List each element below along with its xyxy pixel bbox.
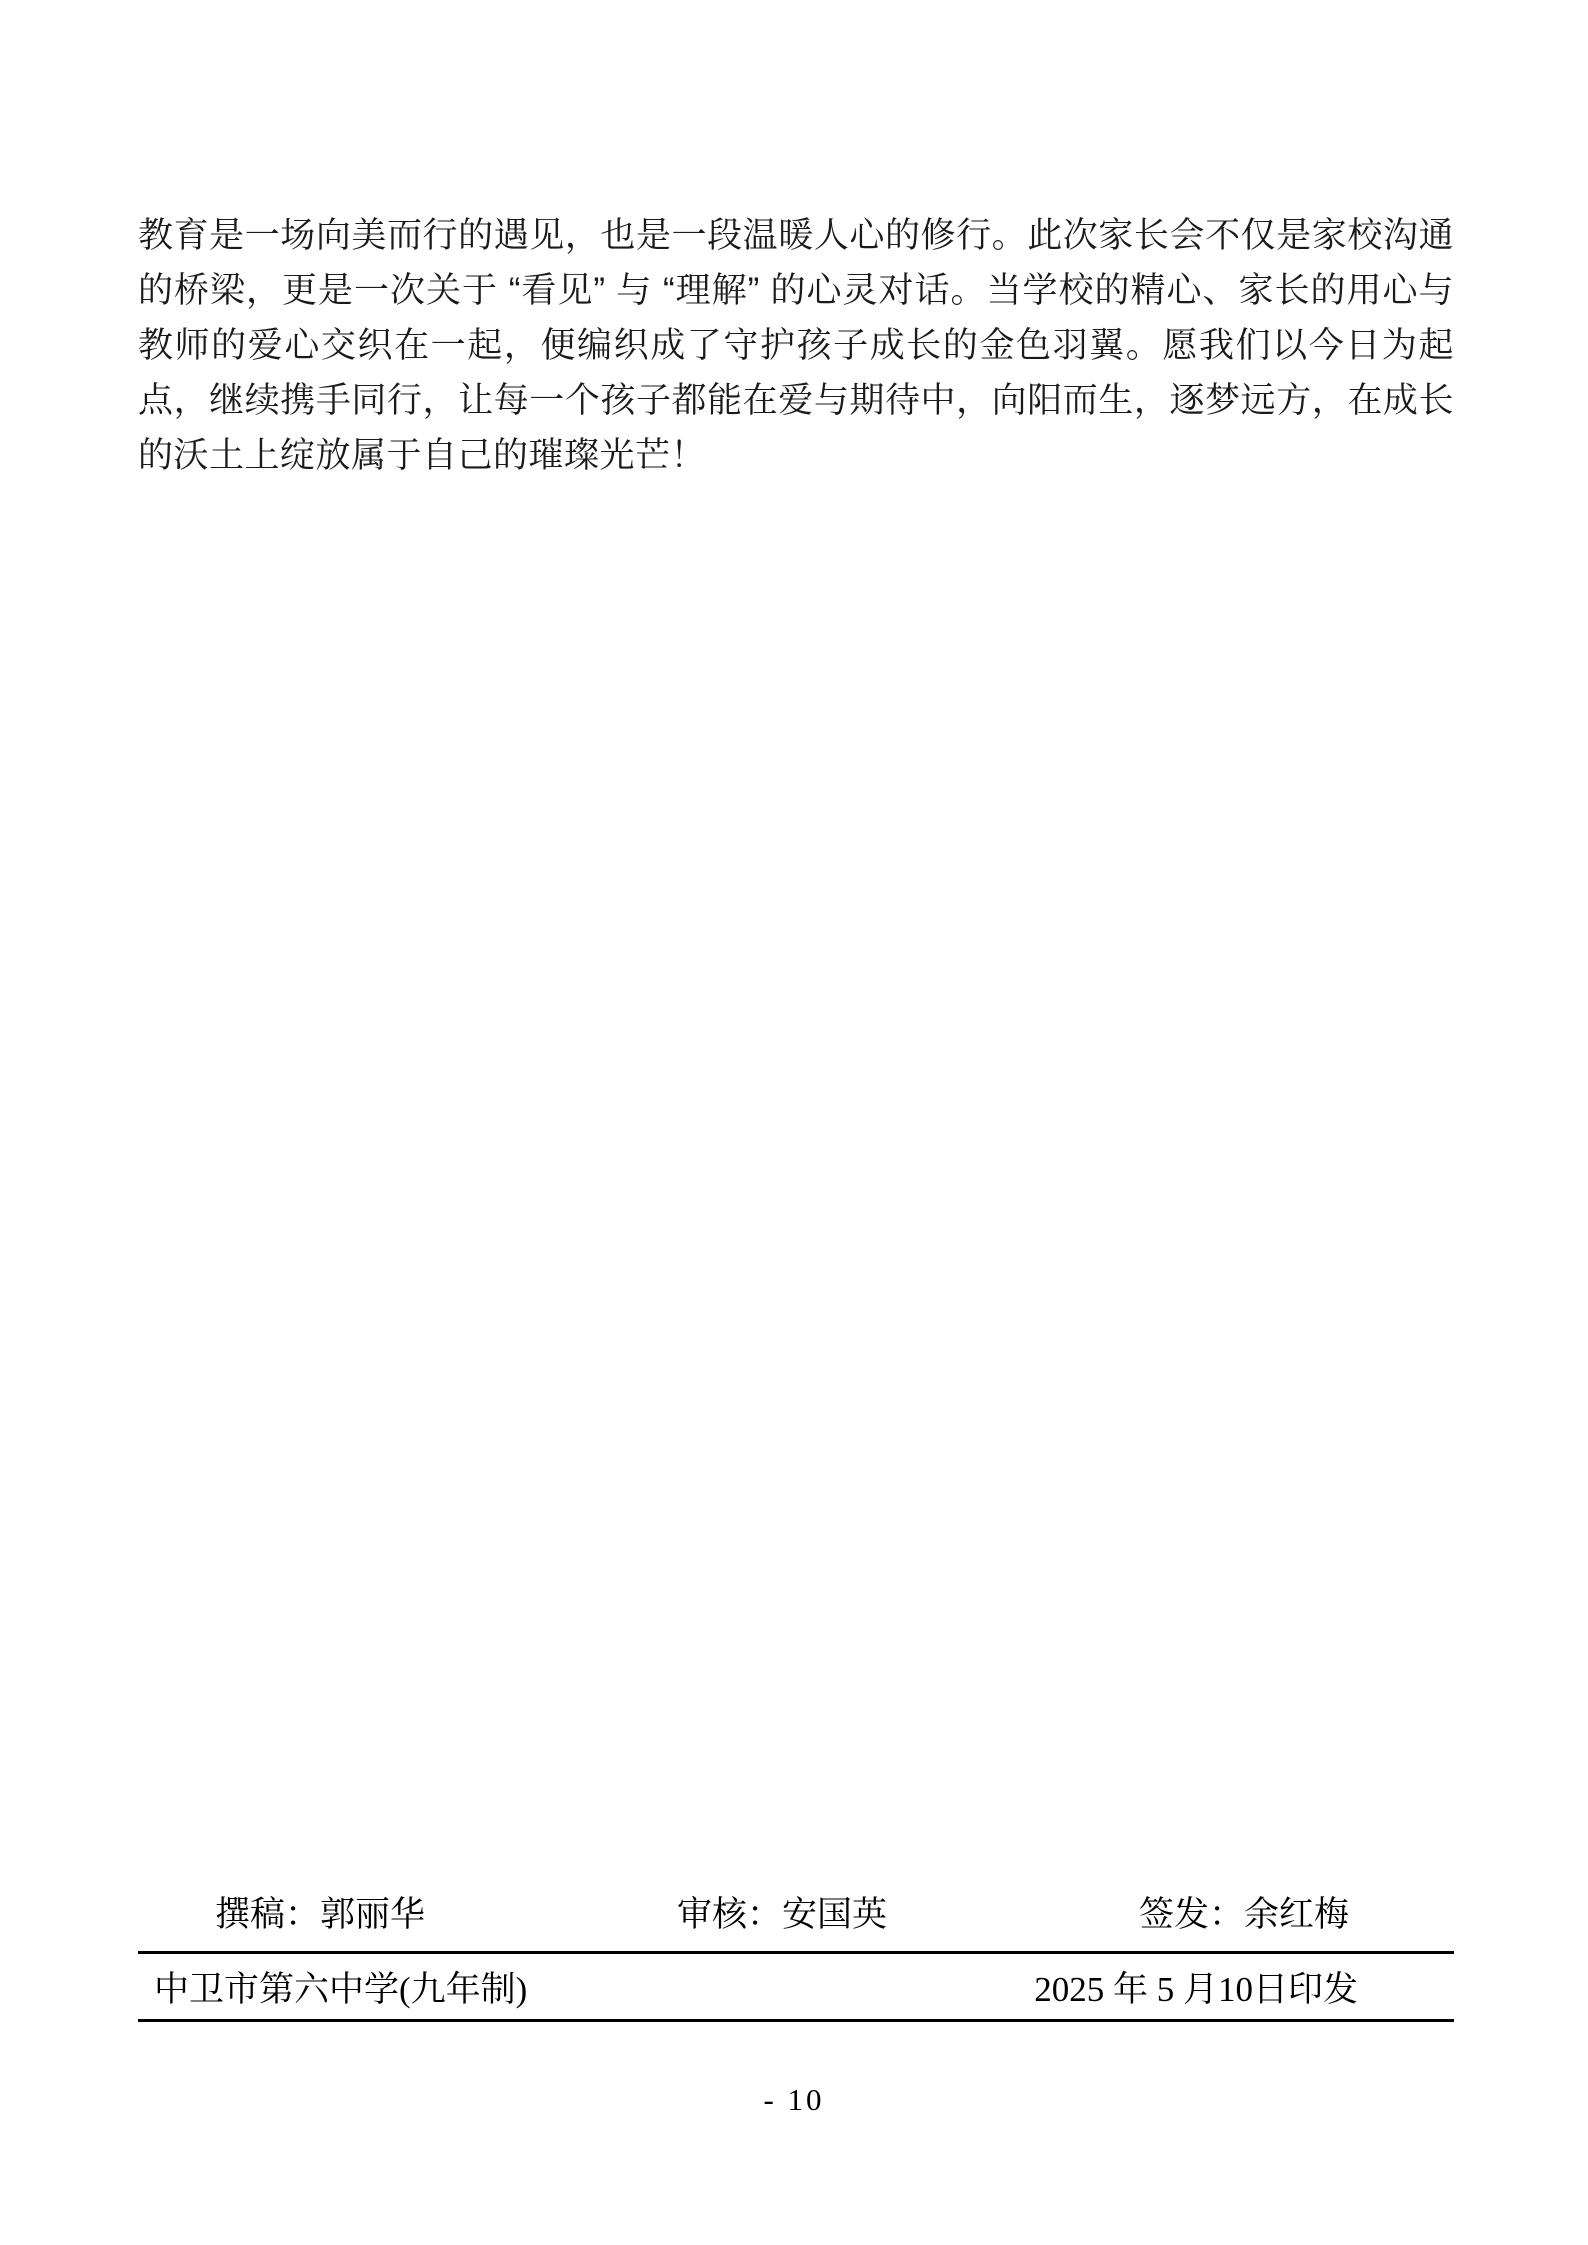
body-paragraph: 教育是一场向美而行的遇见，也是一段温暖人心的修行。此次家长会不仅是家校沟通的桥梁…: [138, 208, 1454, 483]
reviewer-label: 审核：: [677, 1895, 782, 1934]
drafter-entry: 撰稿：郭丽华: [215, 1887, 425, 1937]
footer-divider-bottom: [138, 2019, 1454, 2022]
issuer-entry: 签发：余红梅: [1139, 1887, 1349, 1937]
reviewer-entry: 审核：安国英: [677, 1887, 887, 1937]
issuer-label: 签发：: [1139, 1895, 1244, 1934]
drafter-label: 撰稿：: [215, 1895, 320, 1934]
issuer-name: 余红梅: [1244, 1895, 1349, 1934]
issue-date: 2025 年 5 月10日印发: [1034, 1962, 1358, 2012]
drafter-name: 郭丽华: [320, 1895, 425, 1934]
document-page: 教育是一场向美而行的遇见，也是一段温暖人心的修行。此次家长会不仅是家校沟通的桥梁…: [0, 0, 1588, 2245]
signoff-row: 撰稿：郭丽华 审核：安国英 签发：余红梅: [138, 1882, 1454, 1951]
reviewer-name: 安国英: [782, 1895, 887, 1934]
school-name: 中卫市第六中学(九年制): [154, 1962, 527, 2012]
page-number: - 10: [0, 2082, 1588, 2118]
document-footer: 撰稿：郭丽华 审核：安国英 签发：余红梅 中卫市第六中学(九年制) 2025 年…: [138, 1882, 1454, 2022]
issue-row: 中卫市第六中学(九年制) 2025 年 5 月10日印发: [138, 1954, 1454, 2019]
